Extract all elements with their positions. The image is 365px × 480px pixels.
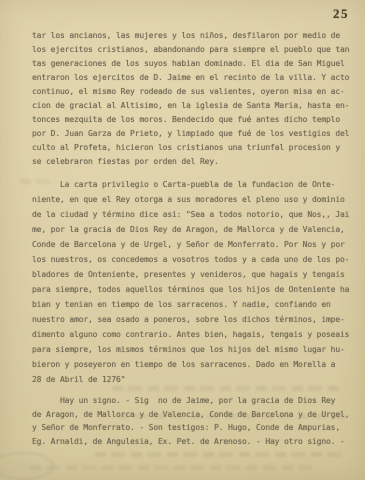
- paragraph: Hay un signo. - Sig no de Jaime, por la …: [32, 394, 355, 449]
- text-line: por D. Juan Garza de Prieto, y limpiado …: [32, 127, 355, 141]
- text-line: tas generaciones de los suyos habian dom…: [32, 57, 355, 71]
- text-line: para siempre, los mismos términos que lo…: [32, 342, 355, 357]
- text-line: continuo, el mismo Rey rodeado de sus va…: [32, 85, 355, 99]
- text-line: bian y tenian en tiempo de los sarraceno…: [32, 297, 355, 312]
- text-line: culto al Profeta, hicieron los cristiano…: [32, 141, 355, 155]
- text-line: niente, en que el Rey otorga a sus morad…: [32, 192, 355, 207]
- text-line: 28 de Abril de 1276": [32, 372, 355, 387]
- text-line: entraron los ejercitos de D. Jaime en el…: [32, 71, 355, 85]
- bleed-through-text: [118, 414, 344, 419]
- text-line: La carta privilegio o Carta-puebla de la…: [32, 177, 355, 192]
- paragraph: tar los ancianos, las mujeres y los niño…: [32, 29, 355, 169]
- text-line: dimento alguno como contrario. Antes bie…: [32, 327, 355, 342]
- text-line: Eg. Arnaldi, de Angulesia, Ex. Pet. de A…: [32, 435, 355, 449]
- text-line: me, por la gracia de Dios Rey de Aragon,…: [32, 222, 355, 237]
- paragraph: La carta privilegio o Carta-puebla de la…: [32, 177, 355, 387]
- faded-stamp: [0, 452, 54, 480]
- bleed-through-text: [20, 179, 56, 184]
- scanned-document-page: 25 tar los ancianos, las mujeres y los n…: [0, 0, 365, 480]
- page-number: 25: [333, 6, 349, 22]
- text-line: los nuestros, os concedemos a vosotros t…: [32, 252, 355, 267]
- text-line: nuestro amor, sea osado a poneros, sobre…: [32, 312, 355, 327]
- bleed-through-text: [30, 465, 315, 470]
- bleed-through-text: [95, 452, 343, 457]
- text-line: bladores de Onteniente, presentes y veni…: [32, 267, 355, 282]
- text-line: tar los ancianos, las mujeres y los niño…: [32, 29, 355, 43]
- text-line: Conde de Barcelona y de Urgel, y Señor d…: [32, 237, 355, 252]
- text-line: bieron y poseyeron en tiempo de los sarr…: [32, 357, 355, 372]
- text-line: de la ciudad y término dice asi: "Sea a …: [32, 207, 355, 222]
- text-line: los ejercitos cristianos, abandonando pa…: [32, 43, 355, 57]
- text-line: se celebraron fiestas por orden del Rey.: [32, 155, 355, 169]
- bleed-through-text: [112, 386, 344, 391]
- text-line: tonces mezquita de los moros. Bendecido …: [32, 113, 355, 127]
- text-line: Hay un signo. - Sig no de Jaime, por la …: [32, 394, 355, 408]
- text-line: para siempre, todos aquellos términos qu…: [32, 282, 355, 297]
- text-line: y Señor de Monferrato. - Son testigos: P…: [32, 421, 355, 435]
- text-line: cion de gracial al Altisimo, en la igles…: [32, 99, 355, 113]
